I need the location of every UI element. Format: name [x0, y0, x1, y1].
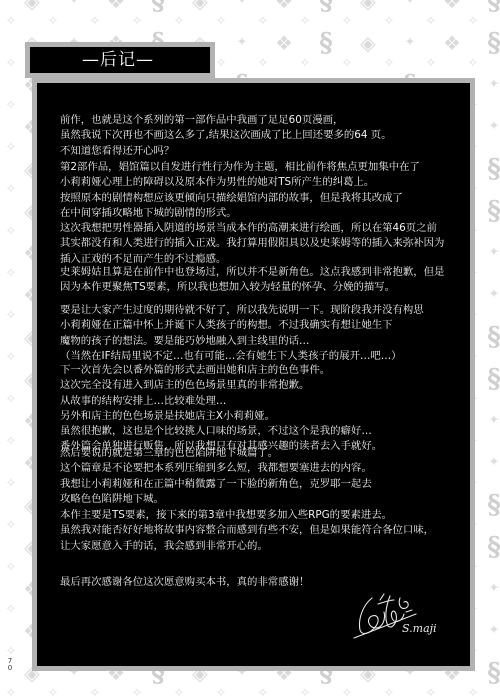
page-title: —后记— [30, 47, 210, 73]
pattern-sparkle-icon: ✧ [462, 13, 484, 31]
text-line: 这次完全没有进入到店主的色色场景里真的非常抱歉。 [60, 378, 382, 393]
pattern-sparkle-icon: ✧ [0, 265, 22, 283]
pattern-sparkle-icon: ✧ [420, 55, 442, 73]
pattern-sparkle-icon: ✧ [378, 13, 400, 31]
pattern-sparkle-icon: ✧ [294, 13, 316, 31]
pattern-motif-icon: ✦ [483, 244, 500, 262]
pattern-sparkle-icon: ✧ [0, 517, 22, 535]
pattern-motif-icon: ✦ [0, 76, 1, 94]
pattern-sparkle-icon: ✧ [0, 475, 22, 493]
pattern-motif-icon: ❖ [273, 34, 295, 52]
pattern-motif-icon: § [315, 0, 337, 10]
pattern-motif-icon: § [0, 160, 1, 178]
text-line: 小莉莉娅在正篇中怀上并诞下人类孩子的构想。不过我确实有想让她生下 [60, 318, 424, 333]
pattern-motif-icon: ✦ [0, 244, 1, 262]
pattern-motif-icon: § [483, 496, 500, 514]
pattern-sparkle-icon: ✧ [0, 391, 22, 409]
pattern-motif-icon: § [483, 0, 500, 10]
title-frame: —后记— [25, 42, 215, 78]
pattern-motif-icon: ✦ [0, 580, 1, 598]
pattern-sparkle-icon: ✧ [252, 55, 274, 73]
pattern-motif-icon: ◈ [357, 0, 379, 10]
pattern-sparkle-icon: ✧ [462, 685, 484, 699]
author-signature: S.maji [350, 592, 440, 642]
pattern-sparkle-icon: ✧ [294, 55, 316, 73]
pattern-sparkle-icon: ✧ [210, 13, 232, 31]
pattern-sparkle-icon: ✧ [336, 685, 358, 699]
text-line: 从故事的结构安排上…比较难处理… [60, 394, 382, 409]
pattern-motif-icon: § [0, 0, 1, 10]
pattern-motif-icon: ✦ [483, 76, 500, 94]
pattern-motif-icon: § [483, 328, 500, 346]
text-line: （当然在IF结局里说不定…也有可能…会有她生下人类孩子的展开…吧…） [60, 349, 424, 364]
text-line: 这次我想把男性器插入阴道的场景当成本作的高潮来进行绘画，所以在第46页之前 [60, 221, 444, 236]
pattern-motif-icon: ✦ [483, 622, 500, 640]
text-line: 最后再次感谢各位这次愿意购买本书，真的非常感谢！ [60, 575, 309, 590]
pattern-sparkle-icon: ✧ [210, 685, 232, 699]
pattern-motif-icon: § [147, 0, 169, 10]
pattern-motif-icon: § [483, 34, 500, 52]
pattern-sparkle-icon: ✧ [84, 685, 106, 699]
pattern-sparkle-icon: ✧ [0, 139, 22, 157]
text-line: 攻略色色陷阱地下城。 [60, 492, 372, 507]
paragraph-5: 下一次首先会以番外篇的形式去画出她和店主的色色事件。 这次完全没有进入到店主的色… [60, 363, 382, 455]
pattern-sparkle-icon: ✧ [0, 223, 22, 241]
pattern-sparkle-icon: ✧ [336, 55, 358, 73]
pattern-sparkle-icon: ✧ [378, 685, 400, 699]
text-line: 我想让小莉莉娅和在正篇中稍微露了一下脸的新角色，克罗耶一起去 [60, 477, 372, 492]
pattern-sparkle-icon: ✧ [0, 601, 22, 619]
pattern-sparkle-icon: ✧ [294, 685, 316, 699]
pattern-sparkle-icon: ✧ [168, 13, 190, 31]
paragraph-3: 史莱姆姑且算是在前作中也登场过，所以并不是新角色。这点我感到非常抱歉，但是 因为… [60, 265, 444, 296]
paragraph-8: 最后再次感谢各位这次愿意购买本书，真的非常感谢！ [60, 575, 309, 590]
pattern-motif-icon: § [315, 34, 337, 52]
pattern-motif-icon: § [483, 538, 500, 556]
pattern-motif-icon: ✦ [231, 34, 253, 52]
text-line: 这个篇章是不论要把本系列压缩到多么短，我都想要塞进去的内容。 [60, 461, 372, 476]
text-line: 不知道您看得还开心吗？ [60, 144, 392, 159]
pattern-sparkle-icon: ✧ [42, 13, 64, 31]
paragraph-6: 然后要说的就是第三章的色色陷阱地下城篇了。 这个篇章是不论要把本系列压缩到多么短… [60, 446, 372, 507]
pattern-motif-icon: ❖ [105, 0, 127, 10]
text-line: 在中间穿插攻略地下城的剧情的形式。 [60, 206, 444, 221]
pattern-motif-icon: ✦ [0, 412, 1, 430]
text-line: 虽然很抱歉，这也是个比较挑人口味的场景，不过这个是我的癖好… [60, 424, 382, 439]
text-line: 虽然我说下次再也不画这么多了,结果这次画成了比上回还要多的64 页。 [60, 128, 392, 143]
text-line: 让大家愿意入手的话，我会感到非常开心的。 [60, 539, 434, 554]
pattern-motif-icon: ✦ [483, 412, 500, 430]
pattern-sparkle-icon: ✧ [0, 685, 22, 699]
pattern-motif-icon: ✦ [399, 34, 421, 52]
pattern-sparkle-icon: ✧ [0, 13, 22, 31]
pattern-sparkle-icon: ✧ [462, 55, 484, 73]
pattern-motif-icon: § [0, 328, 1, 346]
text-line: 另外和店主的色色场景是扶她店主X小莉莉娅。 [60, 409, 382, 424]
paragraph-2: 第2部作品，娼馆篇以自发进行性行为作为主题，相比前作将焦点更加集中在了 小莉莉娅… [60, 160, 444, 267]
text-line: 然后要说的就是第三章的色色陷阱地下城篇了。 [60, 446, 372, 461]
text-line: 下一次首先会以番外篇的形式去画出她和店主的色色事件。 [60, 363, 382, 378]
pattern-motif-icon: § [0, 496, 1, 514]
pattern-sparkle-icon: ✧ [378, 55, 400, 73]
pattern-sparkle-icon: ✧ [42, 685, 64, 699]
pattern-motif-icon: ◈ [21, 0, 43, 10]
pattern-sparkle-icon: ✧ [126, 685, 148, 699]
pattern-sparkle-icon: ✧ [0, 559, 22, 577]
pattern-sparkle-icon: ✧ [0, 55, 22, 73]
pattern-motif-icon: ❖ [441, 0, 463, 10]
pattern-sparkle-icon: ✧ [252, 13, 274, 31]
text-line: 小莉莉娅心理上的障碍以及原本作为男性的她对TS所产生的纠葛上。 [60, 175, 444, 190]
pattern-motif-icon: ✦ [483, 118, 500, 136]
pattern-sparkle-icon: ✧ [168, 685, 190, 699]
text-line: 魔物的孩子的想法。要是能巧妙地融入到主线里的话… [60, 334, 424, 349]
pattern-motif-icon: § [483, 370, 500, 388]
text-line: 史莱姆姑且算是在前作中也登场过，所以并不是新角色。这点我感到非常抱歉，但是 [60, 265, 444, 280]
text-line: 要是让大家产生过度的期待就不好了，所以我先说明一下。现阶段我并没有构思 [60, 303, 424, 318]
pattern-motif-icon: § [483, 202, 500, 220]
text-line: 前作，也就是这个系列的第一部作品中我画了足足60页漫画， [60, 113, 392, 128]
pattern-sparkle-icon: ✧ [126, 13, 148, 31]
paragraph-4: 要是让大家产生过度的期待就不好了，所以我先说明一下。现阶段我并没有构思 小莉莉娅… [60, 303, 424, 364]
pattern-motif-icon: § [483, 664, 500, 682]
text-line: 因为本作更聚焦TS要素，所以我也想加入较为轻量的怀孕、分娩的描写。 [60, 280, 444, 295]
pattern-sparkle-icon: ✧ [420, 13, 442, 31]
pattern-motif-icon: ✦ [483, 286, 500, 304]
text-line: 第2部作品，娼馆篇以自发进行性行为作为主题，相比前作将焦点更加集中在了 [60, 160, 444, 175]
pattern-sparkle-icon: ✧ [252, 685, 274, 699]
pattern-motif-icon: ✦ [399, 0, 421, 10]
text-line: 虽然我对能否好好地将故事内容整合而感到有些不安，但是如果能符合各位口味， [60, 523, 434, 538]
afterword-panel: 前作，也就是这个系列的第一部作品中我画了足足60页漫画， 虽然我说下次再也不画这… [37, 83, 470, 666]
pattern-motif-icon: ✦ [231, 0, 253, 10]
page-number: 7 0 [6, 658, 14, 672]
pattern-sparkle-icon: ✧ [420, 685, 442, 699]
pattern-sparkle-icon: ✧ [336, 13, 358, 31]
text-line: 本作主要是TS要素，接下来的第3章中我想要多加入些RPG的要素进去。 [60, 508, 434, 523]
pattern-motif-icon: ◈ [189, 0, 211, 10]
afterword-frame: 前作，也就是这个系列的第一部作品中我画了足足60页漫画， 虽然我说下次再也不画这… [32, 78, 475, 671]
paragraph-7: 本作主要是TS要素，接下来的第3章中我想要多加入些RPG的要素进去。 虽然我对能… [60, 508, 434, 554]
pattern-motif-icon: § [483, 160, 500, 178]
paragraph-1: 前作，也就是这个系列的第一部作品中我画了足足60页漫画， 虽然我说下次再也不画这… [60, 113, 392, 159]
pattern-motif-icon: ✦ [63, 0, 85, 10]
pattern-motif-icon: ◈ [357, 34, 379, 52]
pattern-sparkle-icon: ✧ [0, 97, 22, 115]
pattern-motif-icon: ❖ [273, 0, 295, 10]
pattern-sparkle-icon: ✧ [84, 13, 106, 31]
signature-text: S.maji [402, 622, 437, 635]
pattern-motif-icon: ❖ [441, 34, 463, 52]
text-line: 按照原本的剧情构想应该更倾向只描绘娼馆内部的故事，但是我将其改成了 [60, 191, 444, 206]
text-line: 其实都没有和人类进行的插入正戏。我打算用假阳具以及史莱姆等的插入来弥补因为 [60, 236, 444, 251]
pattern-sparkle-icon: ✧ [0, 349, 22, 367]
pattern-sparkle-icon: ✧ [0, 433, 22, 451]
pattern-motif-icon: § [0, 664, 1, 682]
pattern-motif-icon: ✦ [483, 454, 500, 472]
page-number-digit: 0 [6, 665, 14, 672]
pattern-motif-icon: ✦ [483, 580, 500, 598]
pattern-sparkle-icon: ✧ [0, 307, 22, 325]
pattern-sparkle-icon: ✧ [0, 181, 22, 199]
